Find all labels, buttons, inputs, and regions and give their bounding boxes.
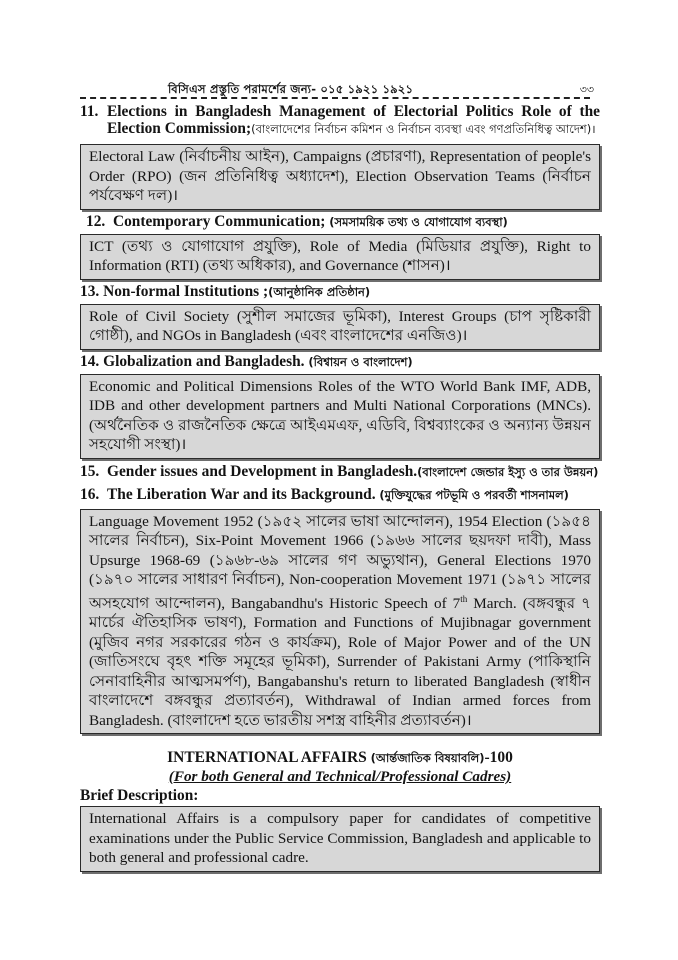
section-title-bn: (সমসাময়িক তথ্য ও যোগাযোগ ব্যবস্থা) xyxy=(329,215,508,229)
section-heading-12: 12. Contemporary Communication; (সমসাময়… xyxy=(80,213,600,231)
brief-description-text: International Affairs is a compulsory pa… xyxy=(89,809,591,868)
section-heading-14: 14. Globalization and Bangladesh. (বিশ্ব… xyxy=(80,353,600,371)
section-box-13: Role of Civil Society (সুশীল সমাজের ভূমি… xyxy=(80,304,600,350)
section-box-text: Economic and Political Dimensions Roles … xyxy=(89,377,591,455)
section-title-en: Globalization and Bangladesh. xyxy=(103,353,304,370)
section-title-bn: (আনুষ্ঠানিক প্রতিষ্ঠান) xyxy=(268,285,370,299)
section-heading-16: 16.The Liberation War and its Background… xyxy=(80,486,600,504)
section-box-text: ICT (তথ্য ও যোগাযোগ প্রযুক্তি), Role of … xyxy=(89,237,591,276)
section-box-14: Economic and Political Dimensions Roles … xyxy=(80,374,600,459)
section-title-bn: (বাংলাদেশের নির্বাচন কমিশন ও নির্বাচন ব্… xyxy=(251,122,595,136)
section-box-12: ICT (তথ্য ও যোগাযোগ প্রযুক্তি), Role of … xyxy=(80,234,600,280)
document-page: বিসিএস প্রস্তুতি পরামর্শের জন্য- ০১৫ ১৯২… xyxy=(80,80,600,875)
section-title-bn: (বাংলাদেশ জেন্ডার ইস্যু ও তার উন্নয়ন) xyxy=(417,465,598,479)
section-title-en: Gender issues and Development in Banglad… xyxy=(107,463,417,480)
section-title-bn: (মুক্তিযুদ্ধের পটভূমি ও পরবর্তী শাসনামল) xyxy=(379,488,569,502)
header-divider xyxy=(80,97,590,99)
section-title-en: The Liberation War and its Background. xyxy=(107,486,376,503)
section-heading-15: 15.Gender issues and Development in Bang… xyxy=(80,463,600,481)
brief-description-heading: Brief Description: xyxy=(80,787,600,804)
section-heading-13: 13. Non-formal Institutions ;(আনুষ্ঠানিক… xyxy=(80,283,600,301)
international-affairs-title: INTERNATIONAL AFFAIRS (আর্ন্তজাতিক বিষয়… xyxy=(80,748,600,768)
section-title-en: Contemporary Communication; xyxy=(113,213,325,230)
section-box-11: Electoral Law (নির্বাচনীয় আইন), Campaig… xyxy=(80,144,600,210)
running-header: বিসিএস প্রস্তুতি পরামর্শের জন্য- ০১৫ ১৯২… xyxy=(80,80,600,98)
section-box-text: Role of Civil Society (সুশীল সমাজের ভূমি… xyxy=(89,307,591,346)
section-box-text: Language Movement 1952 (১৯৫২ সালের ভাষা … xyxy=(89,512,591,731)
brief-description-box: International Affairs is a compulsory pa… xyxy=(80,806,600,872)
section-title-bn: (বিশ্বায়ন ও বাংলাদেশ) xyxy=(308,355,412,369)
section-heading-11: 11.Elections in Bangladesh Management of… xyxy=(80,103,600,138)
section-title-en: Non-formal Institutions ; xyxy=(103,283,268,300)
section-box-text: Electoral Law (নির্বাচনীয় আইন), Campaig… xyxy=(89,147,591,206)
section-box-16: Language Movement 1952 (১৯৫২ সালের ভাষা … xyxy=(80,509,600,735)
international-affairs-subtitle: (For both General and Technical/Professi… xyxy=(80,768,600,786)
